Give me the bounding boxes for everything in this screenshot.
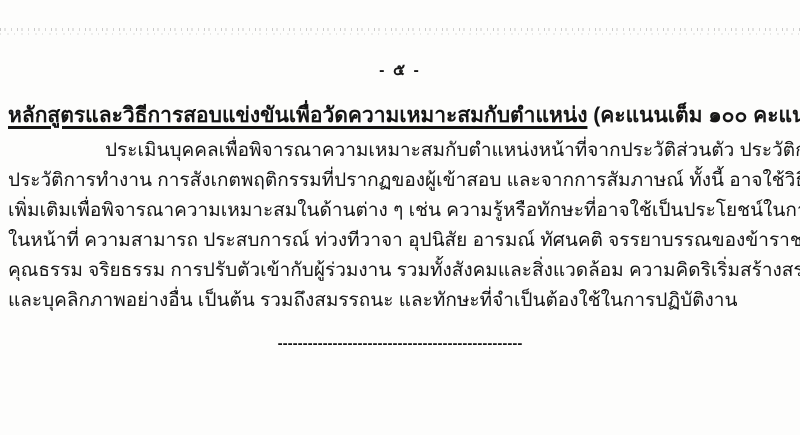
scan-edge-artifact-faint bbox=[0, 33, 800, 35]
section-heading-score-note: (คะแนนเต็ม ๑๐๐ คะแนน) bbox=[587, 104, 800, 127]
section-heading: หลักสูตรและวิธีการสอบแข่งขันเพื่อวัดความ… bbox=[8, 99, 794, 133]
paragraph-line: ประเมินบุคคลเพื่อพิจารณาความเหมาะสมกับตำ… bbox=[8, 136, 794, 166]
document-page: { "page": { "number": "- ๕ -" }, "headin… bbox=[0, 0, 800, 435]
paragraph-line: และบุคลิกภาพอย่างอื่น เป็นต้น รวมถึงสมรร… bbox=[8, 286, 794, 316]
dashed-divider: ----------------------------------------… bbox=[0, 334, 800, 354]
paragraph-line: เพิ่มเติมเพื่อพิจารณาความเหมาะสมในด้านต่… bbox=[8, 196, 794, 226]
paragraph-line: ประวัติการทำงาน การสังเกตพฤติกรรมที่ปราก… bbox=[8, 166, 794, 196]
page-number: - ๕ - bbox=[0, 58, 800, 83]
paragraph-line: คุณธรรม จริยธรรม การปรับตัวเข้ากับผู้ร่ว… bbox=[8, 256, 794, 286]
paragraph-line: ในหน้าที่ ความสามารถ ประสบการณ์ ท่วงทีวา… bbox=[8, 226, 794, 256]
body-paragraph: ประเมินบุคคลเพื่อพิจารณาความเหมาะสมกับตำ… bbox=[8, 136, 794, 316]
section-heading-title: หลักสูตรและวิธีการสอบแข่งขันเพื่อวัดความ… bbox=[8, 104, 587, 127]
scan-edge-artifact bbox=[0, 28, 800, 31]
